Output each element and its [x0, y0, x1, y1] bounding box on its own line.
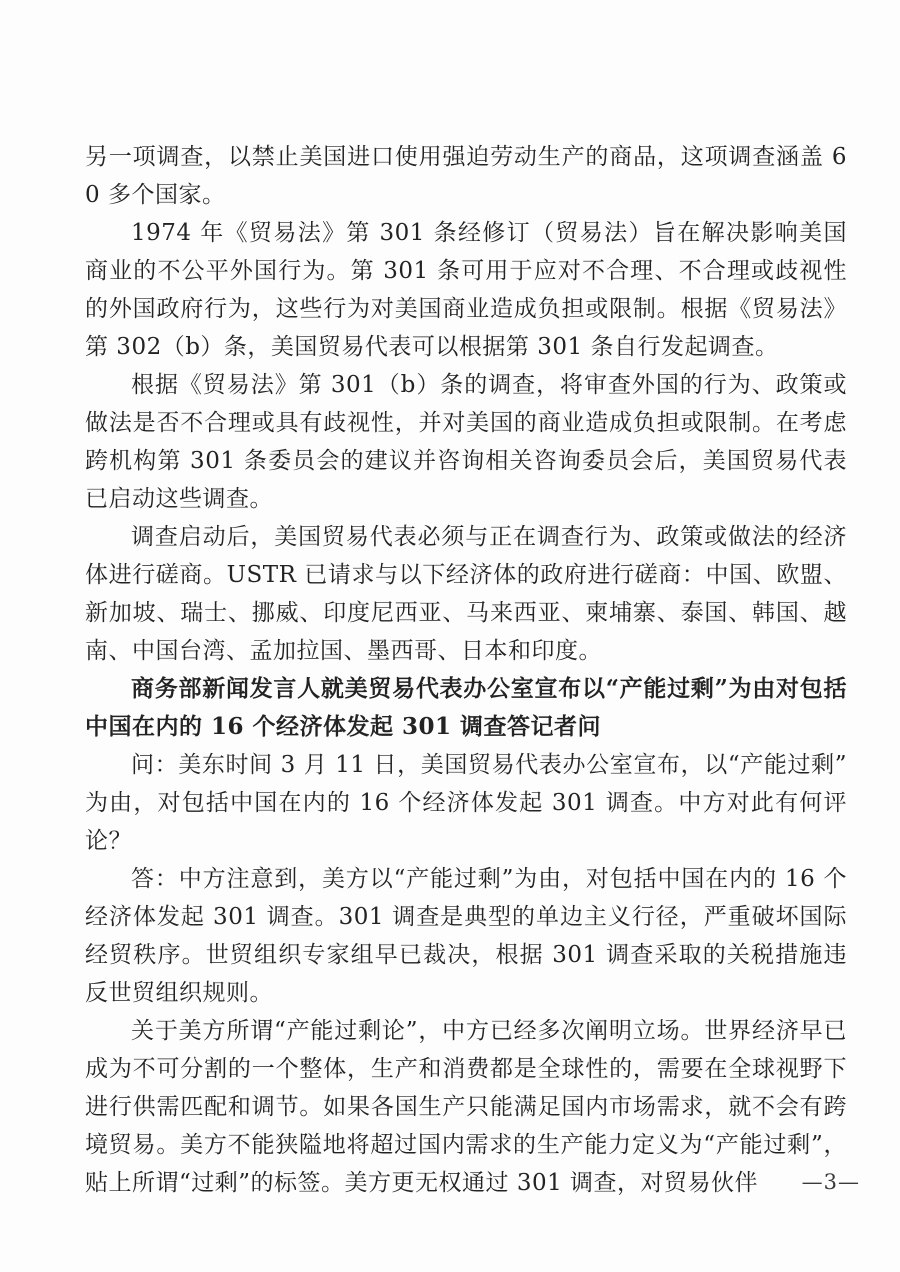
paragraph-301b-investigation: 根据《贸易法》第 301（b）条的调查，将审查外国的行为、政策或做法是否不合理或… [85, 366, 847, 518]
document-page: 另一项调查，以禁止美国进口使用强迫劳动生产的商品，这项调查涵盖 60 多个国家。… [0, 0, 900, 1272]
paragraph-answer-part1: 答：中方注意到，美方以“产能过剩”为由，对包括中国在内的 16 个经济体发起 3… [85, 860, 847, 1012]
paragraph-trade-act-301-overview: 1974 年《贸易法》第 301 条经修订（贸易法）旨在解决影响美国商业的不公平… [85, 214, 847, 366]
paragraph-question: 问：美东时间 3 月 11 日，美国贸易代表办公室宣布，以“产能过剩”为由，对包… [85, 746, 847, 860]
section-heading-mofcom-spokesperson-qa: 商务部新闻发言人就美贸易代表办公室宣布以“产能过剩”为由对包括中国在内的 16 … [85, 670, 847, 746]
page-number: —3— [0, 1170, 860, 1194]
paragraph-ustr-consultations: 调查启动后，美国贸易代表必须与正在调查行为、政策或做法的经济体进行磋商。USTR… [85, 518, 847, 670]
paragraph-continued-from-previous-page: 另一项调查，以禁止美国进口使用强迫劳动生产的商品，这项调查涵盖 60 多个国家。 [85, 138, 847, 214]
document-body: 另一项调查，以禁止美国进口使用强迫劳动生产的商品，这项调查涵盖 60 多个国家。… [85, 138, 847, 1202]
